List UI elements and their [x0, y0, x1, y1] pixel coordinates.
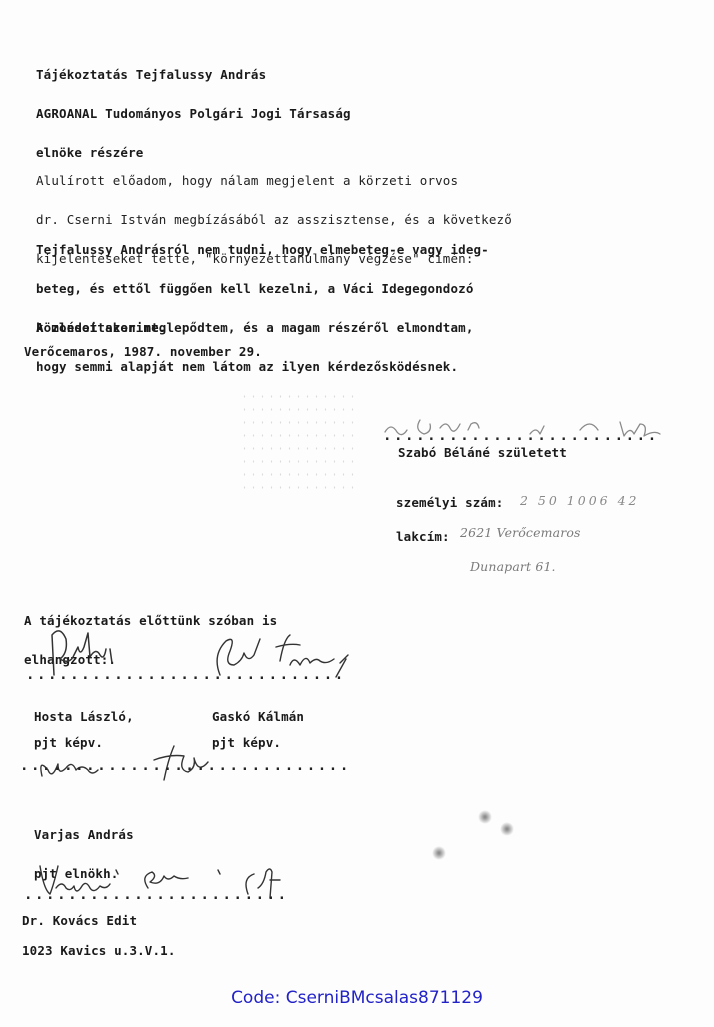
ink-smudge: [432, 846, 446, 860]
paragraph-2-line-2: beteg, és ettől függően kell kezelni, a …: [36, 282, 489, 295]
document-code: Code: CserniBMcsalas871129: [0, 988, 714, 1008]
witness-signature-line-2: ..............................: [20, 758, 351, 774]
faded-stamp: [240, 390, 360, 490]
witness-2-name: Gaskó Kálmán: [212, 710, 304, 723]
paragraph-1-line-1: Alulírott előadom, hogy nálam megjelent …: [36, 174, 512, 187]
addressee-line-1: Tájékoztatás Tejfalussy András: [36, 68, 351, 81]
ink-smudge: [500, 822, 514, 836]
id-number-value: 2 50 1006 42: [520, 494, 640, 507]
id-number-label: személyi szám:: [396, 496, 503, 509]
witness-1-name: Hosta László,: [34, 710, 134, 723]
ink-smudge: [478, 810, 492, 824]
paragraph-2-line-1: Tejfalussy Andrásról nem tudni, hogy elm…: [36, 243, 489, 256]
address-value-line-2: Dunapart 61.: [470, 560, 556, 573]
witness-signature-line-3: ........................: [24, 887, 289, 903]
witness-4-address: 1023 Kavics u.3.V.1.: [22, 944, 176, 957]
scanned-document-page: Tájékoztatás Tejfalussy András AGROANAL …: [0, 0, 714, 1027]
witness-3-name: Varjas András: [34, 828, 134, 841]
witness-4-name: Dr. Kovács Edit: [22, 914, 137, 927]
witness-signature-line-1: .............................: [26, 667, 346, 683]
address-value-line-1: 2621 Verőcemaros: [460, 526, 581, 539]
declarant-name: Szabó Béláné született: [398, 446, 567, 459]
paragraph-3-line-1: A mondottakon meglepődtem, és a magam ré…: [36, 321, 474, 334]
place-date: Verőcemaros, 1987. november 29.: [24, 345, 262, 358]
addressee-line-2: AGROANAL Tudományos Polgári Jogi Társasá…: [36, 107, 351, 120]
declarant-signature-line: .........................: [383, 428, 659, 444]
address-label: lakcím:: [396, 530, 450, 543]
paragraph-3-line-2: hogy semmi alapját nem látom az ilyen ké…: [36, 360, 474, 373]
